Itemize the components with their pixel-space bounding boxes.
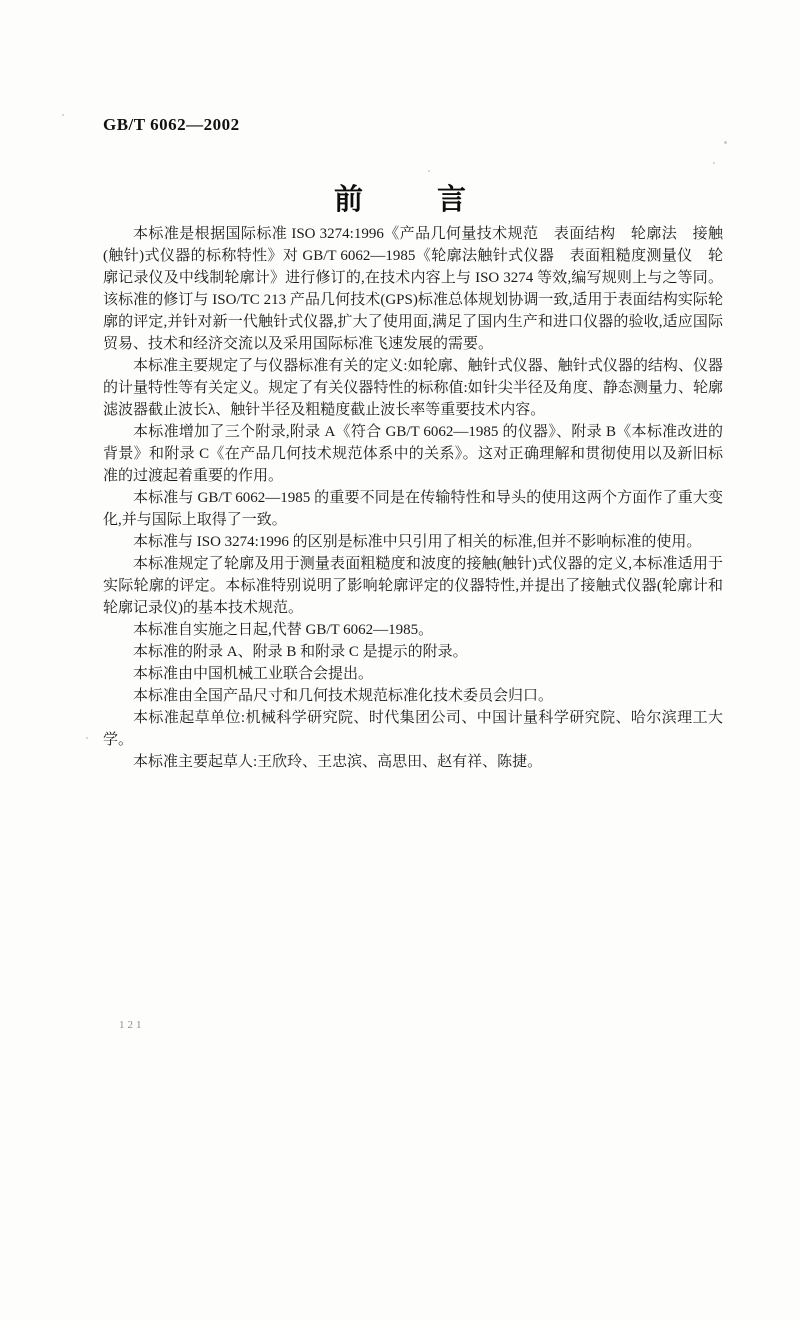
paragraph-10: 本标准由全国产品尺寸和几何技术规范标准化技术委员会归口。 — [103, 685, 723, 707]
paragraph-12: 本标准主要起草人:王欣玲、王忠滨、高思田、赵有祥、陈捷。 — [103, 751, 723, 773]
scan-speck — [713, 162, 715, 164]
page-title: 前 言 — [0, 177, 800, 218]
paragraph-2: 本标准主要规定了与仪器标准有关的定义:如轮廓、触针式仪器、触针式仪器的结构、仪器… — [103, 355, 723, 421]
foreword-body: 本标准是根据国际标准 ISO 3274:1996《产品几何量技术规范 表面结构 … — [103, 223, 723, 773]
paragraph-6: 本标准规定了轮廓及用于测量表面粗糙度和波度的接触(触针)式仪器的定义,本标准适用… — [103, 553, 723, 619]
scan-speck — [428, 170, 430, 172]
paragraph-11: 本标准起草单位:机械科学研究院、时代集团公司、中国计量科学研究院、哈尔滨理工大学… — [103, 707, 723, 751]
title-char-qian: 前 — [334, 177, 363, 218]
document-page: GB/T 6062—2002 前 言 本标准是根据国际标准 ISO 3274:1… — [0, 0, 800, 1320]
title-char-yan: 言 — [437, 177, 466, 218]
paragraph-3: 本标准增加了三个附录,附录 A《符合 GB/T 6062—1985 的仪器》、附… — [103, 421, 723, 487]
paragraph-7: 本标准自实施之日起,代替 GB/T 6062—1985。 — [103, 619, 723, 641]
paragraph-1: 本标准是根据国际标准 ISO 3274:1996《产品几何量技术规范 表面结构 … — [103, 223, 723, 355]
paragraph-8: 本标准的附录 A、附录 B 和附录 C 是提示的附录。 — [103, 641, 723, 663]
scan-speck — [724, 141, 727, 144]
scan-speck — [86, 737, 88, 739]
paragraph-4: 本标准与 GB/T 6062—1985 的重要不同是在传输特性和导头的使用这两个… — [103, 487, 723, 531]
standard-code: GB/T 6062—2002 — [103, 115, 240, 135]
page-number: 121 — [119, 1019, 145, 1031]
paragraph-5: 本标准与 ISO 3274:1996 的区别是标准中只引用了相关的标准,但并不影… — [103, 531, 723, 553]
paragraph-9: 本标准由中国机械工业联合会提出。 — [103, 663, 723, 685]
scan-speck — [62, 114, 64, 116]
